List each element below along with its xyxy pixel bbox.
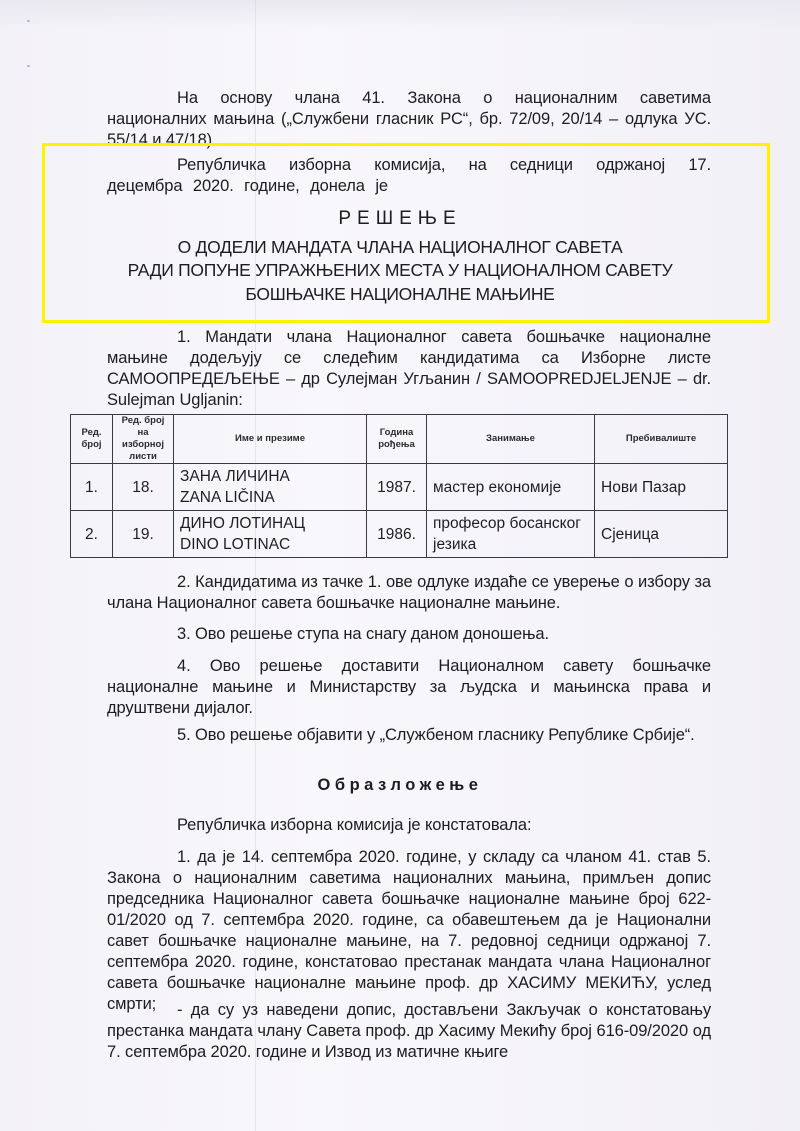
- cell-rb: 2.: [71, 511, 113, 558]
- header-list-no: Ред. број на изборној листи: [113, 415, 174, 464]
- header-name: Име и презиме: [174, 415, 367, 464]
- name-cyrillic: ДИНО ЛОТИНАЦ: [180, 513, 360, 534]
- header-rb: Ред. број: [71, 415, 113, 464]
- cell-occupation: мастер економије: [427, 464, 595, 511]
- item-5-text: Ово решење објавити у „Службеном гласник…: [195, 726, 695, 744]
- preamble-line1: На основу члана 41. Закона о националним…: [177, 89, 711, 107]
- cell-list-no: 18.: [113, 464, 174, 511]
- item-4-paragraph: 4. Ово решење доставити Националном саве…: [107, 656, 711, 719]
- item-5-paragraph: 5. Ово решење објавити у „Службеном глас…: [107, 725, 711, 746]
- reasoning-heading: Образложење: [0, 776, 800, 795]
- item-1-text: Мандати члана Националног савета бошњачк…: [107, 328, 711, 409]
- cell-year: 1987.: [367, 464, 427, 511]
- header-residence: Пребивалиште: [595, 415, 728, 464]
- cell-name: ДИНО ЛОТИНАЦ DINO LOTINAC: [174, 511, 367, 558]
- table-row: 1. 18. ЗАНА ЛИЧИНА ZANA LIČINA 1987. мас…: [71, 464, 728, 511]
- item-1-paragraph: 1. Мандати члана Националног савета бошњ…: [107, 327, 711, 411]
- header-year: Година рођења: [367, 415, 427, 464]
- item-3-text: Ово решење ступа на снагу даном доношења…: [195, 625, 549, 643]
- cell-occupation: професор босанског језика: [427, 511, 595, 558]
- decision-intro: Републичка изборна комисија, на седници …: [107, 156, 711, 195]
- header-occupation: Занимање: [427, 415, 595, 464]
- table-row: 2. 19. ДИНО ЛОТИНАЦ DINO LOTINAC 1986. п…: [71, 511, 728, 558]
- document-page: На основу члана 41. Закона о националним…: [0, 0, 800, 1131]
- item-2-paragraph: 2. Кандидатима из тачке 1. ове одлуке из…: [107, 572, 711, 614]
- cell-name: ЗАНА ЛИЧИНА ZANA LIČINA: [174, 464, 367, 511]
- cell-year: 1986.: [367, 511, 427, 558]
- decision-title: РЕШЕЊЕ: [0, 208, 800, 230]
- item-1-number: 1.: [177, 328, 191, 346]
- cell-residence: Сјеница: [595, 511, 728, 558]
- scan-top-shade: [0, 0, 800, 30]
- scan-speck: [27, 65, 30, 67]
- decision-intro-paragraph: Републичка изборна комисија, на седници …: [107, 155, 711, 197]
- name-cyrillic: ЗАНА ЛИЧИНА: [180, 466, 360, 487]
- table-header-row: Ред. број Ред. број на изборној листи Им…: [71, 415, 728, 464]
- decision-subtitle-line3: БОШЊАЧКЕ НАЦИОНАЛНЕ МАЊИНЕ: [0, 283, 800, 306]
- decision-subtitle-line1: О ДОДЕЛИ МАНДАТА ЧЛАНА НАЦИОНАЛНОГ САВЕТ…: [0, 236, 800, 259]
- name-latin: ZANA LIČINA: [180, 487, 360, 508]
- cell-rb: 1.: [71, 464, 113, 511]
- item-4-number: 4.: [177, 657, 191, 675]
- reasoning-point2-paragraph: - да су уз наведени допис, достављени За…: [107, 1000, 711, 1063]
- item-3-paragraph: 3. Ово решење ступа на снагу даном донош…: [107, 624, 711, 645]
- reasoning-intro: Републичка изборна комисија је констатов…: [177, 816, 531, 834]
- reasoning-point2: - да су уз наведени допис, достављени За…: [107, 1001, 711, 1061]
- item-5-number: 5.: [177, 726, 191, 744]
- reasoning-intro-paragraph: Републичка изборна комисија је констатов…: [107, 815, 711, 836]
- item-2-number: 2.: [177, 573, 191, 591]
- scan-speck: [27, 20, 30, 22]
- cell-residence: Нови Пазар: [595, 464, 728, 511]
- decision-subtitle-line2: РАДИ ПОПУНЕ УПРАЖЊЕНИХ МЕСТА У НАЦИОНАЛН…: [0, 259, 800, 282]
- cell-list-no: 19.: [113, 511, 174, 558]
- item-3-number: 3.: [177, 625, 191, 643]
- reasoning-point1-paragraph: 1. да је 14. септембра 2020. године, у с…: [107, 847, 711, 1015]
- preamble-paragraph: На основу члана 41. Закона о националним…: [107, 88, 711, 151]
- name-latin: DINO LOTINAC: [180, 534, 360, 555]
- candidates-table: Ред. број Ред. број на изборној листи Им…: [70, 414, 728, 558]
- item-2-text: Кандидатима из тачке 1. ове одлуке издаћ…: [107, 573, 711, 612]
- item-4-text: Ово решење доставити Националном савету …: [107, 657, 711, 717]
- reasoning-point1: 1. да је 14. септембра 2020. године, у с…: [107, 848, 711, 1013]
